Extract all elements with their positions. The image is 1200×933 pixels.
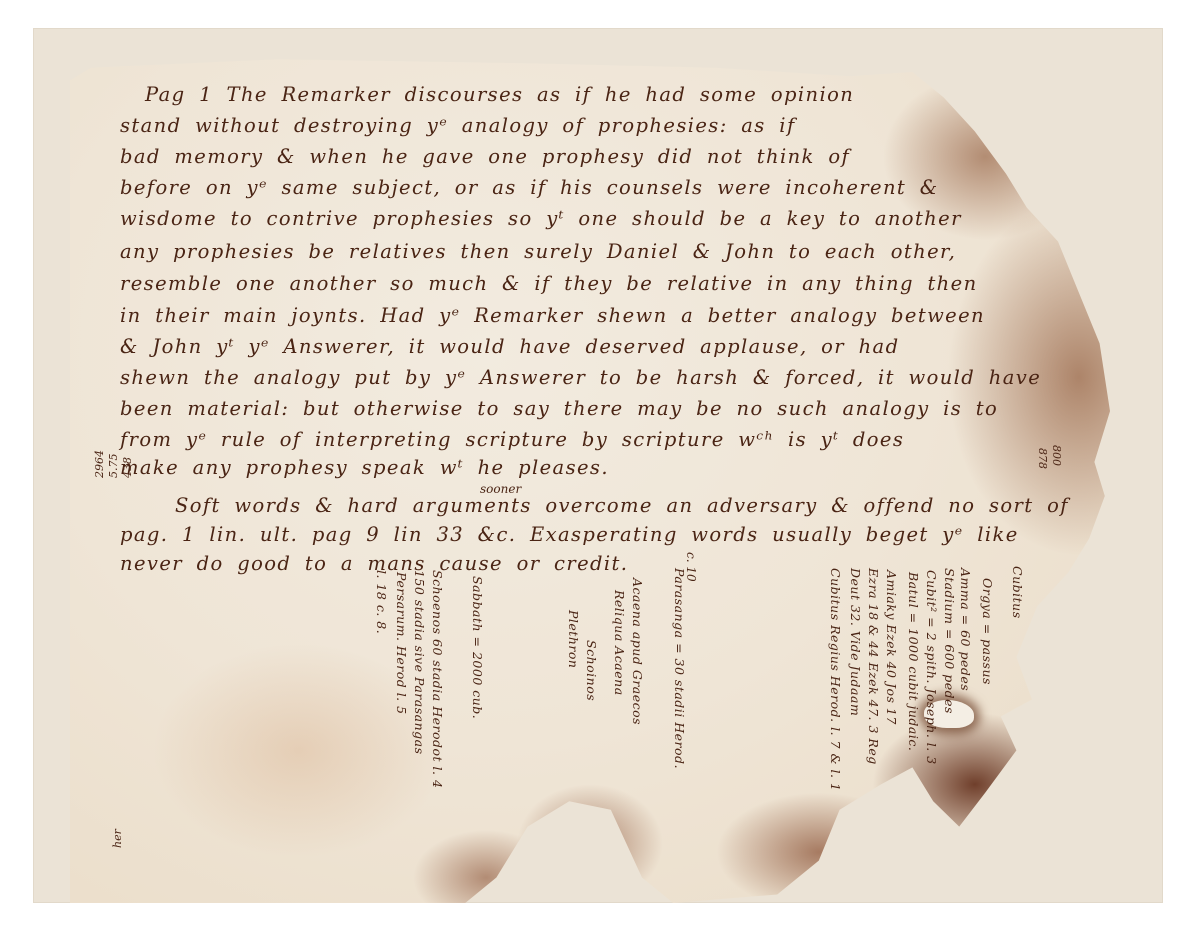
note-col-6: Batul = 1000 cubit judaic.	[906, 572, 921, 751]
text-line-3: bad memory & when he gave one prophesy d…	[120, 145, 850, 168]
text-line-15: pag. 1 lin. ult. pag 9 lin 33 &c. Exaspe…	[120, 523, 1019, 546]
note-col-2: Orgya = passus	[980, 578, 995, 685]
left-margin-note-3: 438	[121, 457, 134, 478]
note-col-7: Amiaky Ezek 40 Jos 17	[884, 570, 899, 725]
note-col-5: Cubit² = 2 spith. Joseph. l. 3	[924, 570, 939, 765]
text-line-11: been material: but otherwise to say ther…	[120, 397, 998, 420]
right-margin-note-2: 878	[1036, 448, 1049, 469]
text-line-2: stand without destroying yᵉ analogy of p…	[120, 114, 796, 137]
note-col-12: Acaena apud Graecos	[630, 578, 645, 725]
bottom-left-note: her	[111, 829, 124, 848]
note-col-18: 150 stadia sive Parasangas	[412, 570, 427, 755]
text-line-8: in their main joynts. Had yᵉ Remarker sh…	[120, 304, 985, 327]
note-col-19: Persarum. Herod l. 5	[394, 572, 409, 715]
text-line-4: before on yᵉ same subject, or as if his …	[120, 176, 939, 199]
note-col-20: l. 18 c. 8.	[374, 570, 389, 634]
right-margin-note-1: 800	[1050, 445, 1063, 466]
note-col-10: Cubitus Regius Herod. l. 7 & l. 1	[828, 568, 843, 791]
text-line-5: wisdome to contrive prophesies so yᵗ one…	[120, 207, 962, 230]
note-col-8: Ezra 18 & 44 Ezek 47. 3 Reg	[866, 568, 881, 765]
text-line-12: from yᵉ rule of interpreting scripture b…	[120, 428, 904, 451]
text-line-9: & John yᵗ yᵉ Answerer, it would have des…	[120, 335, 899, 358]
text-line-7: resemble one another so much & if they b…	[120, 272, 978, 295]
note-col-14: Schoinos	[584, 640, 599, 701]
note-col-15: Plethron	[566, 610, 581, 668]
note-col-1: Cubitus	[1010, 566, 1025, 619]
text-line-1: Pag 1 The Remarker discourses as if he h…	[145, 83, 854, 106]
text-line-10: shewn the analogy put by yᵉ Answerer to …	[120, 366, 1041, 389]
note-col-13: Reliqua Acaena	[612, 590, 627, 696]
left-margin-note-2: 5.75	[107, 454, 120, 479]
text-line-13: make any prophesy speak wᵗ he pleases.	[120, 456, 609, 479]
note-col-9: Deut 32. Vide Judaam	[848, 568, 863, 716]
note-col-11: Parasanga = 30 stadii Herod.	[672, 568, 687, 769]
text-line-6: any prophesies be relatives then surely …	[120, 240, 956, 263]
note-col-17: Schoenos 60 stadia Herodot l. 4	[430, 570, 445, 788]
left-margin-note-1: 2964	[93, 450, 106, 478]
text-line-14: Soft words & hard arguments overcome an …	[175, 494, 1069, 517]
note-col-3: Amma = 60 pedes	[958, 568, 973, 691]
note-col-16: Sabbath = 2000 cub.	[470, 576, 485, 719]
note-col-4: Stadium = 600 pedes	[942, 568, 957, 714]
